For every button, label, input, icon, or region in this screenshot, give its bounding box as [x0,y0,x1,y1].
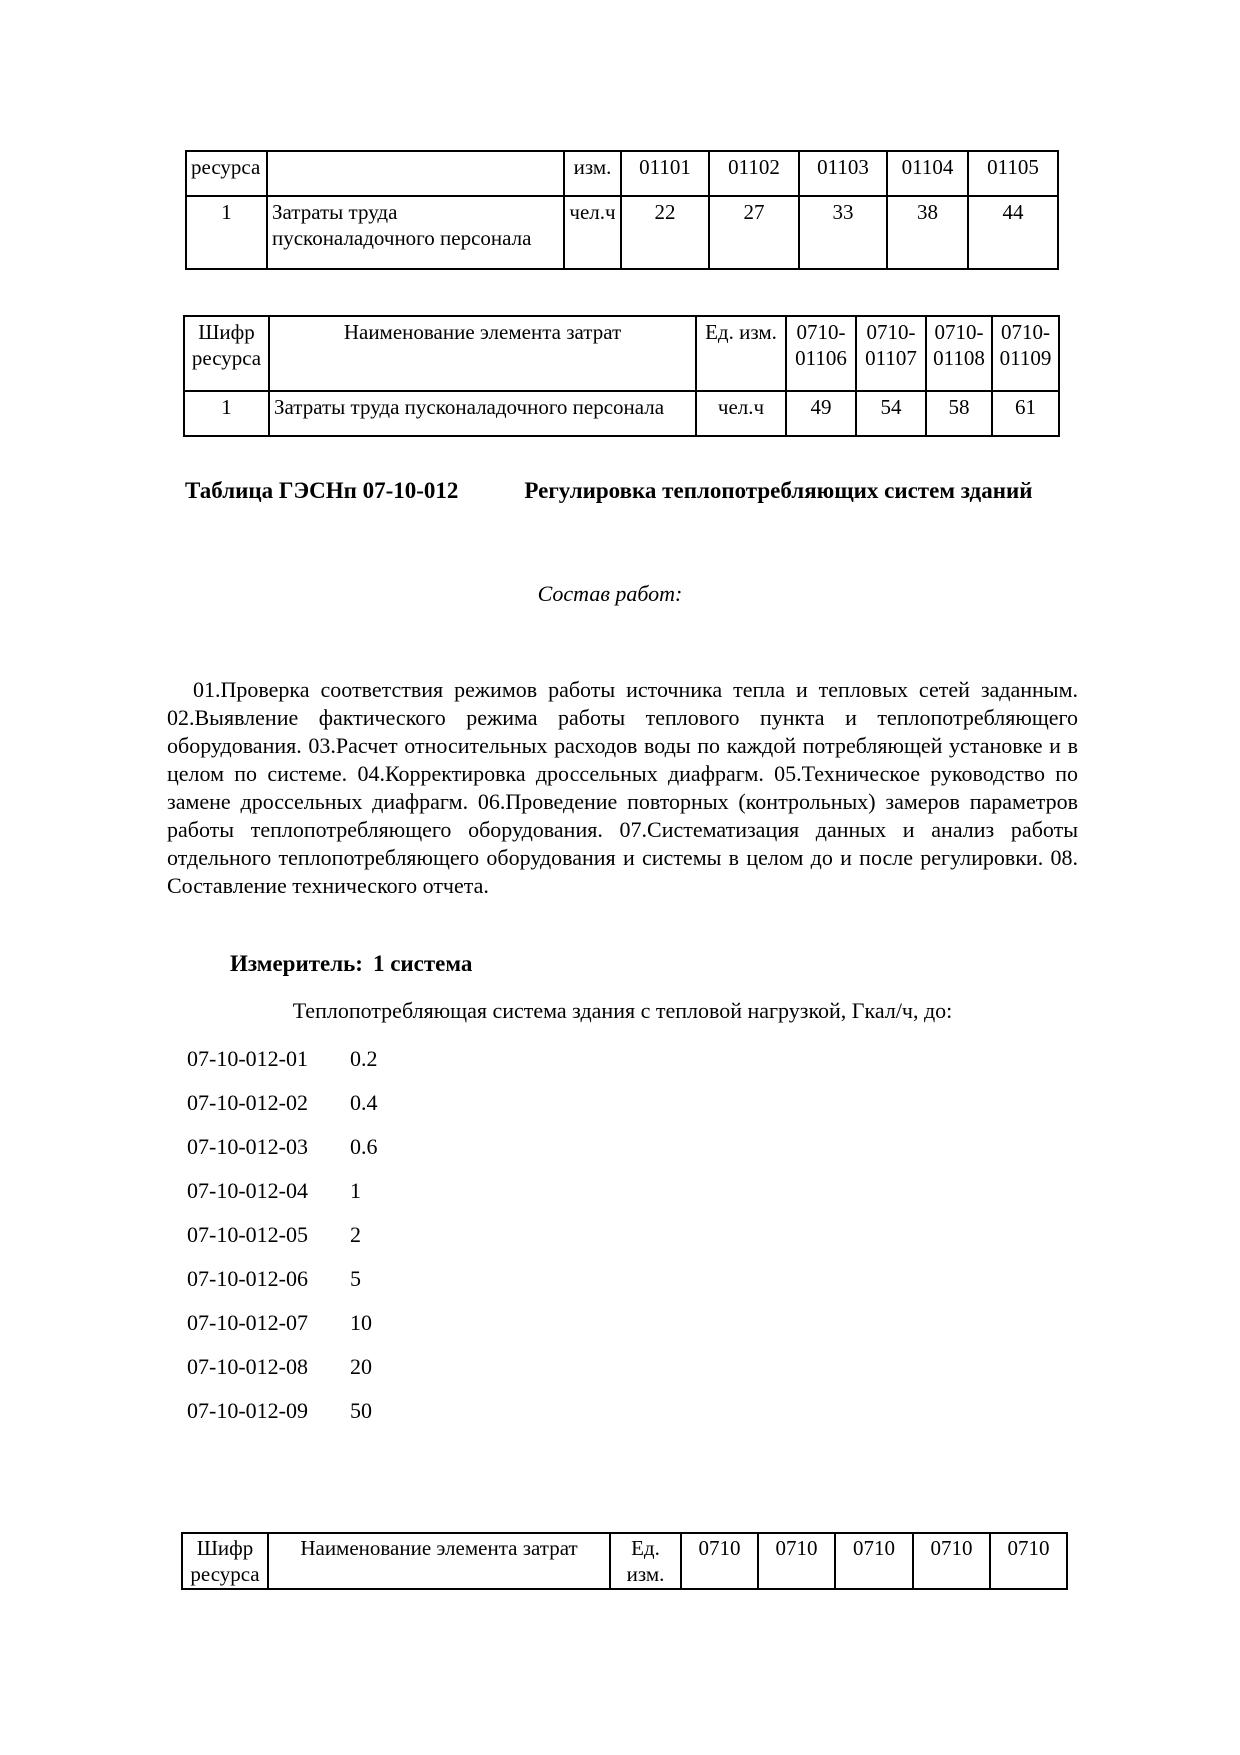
header-cell-code: 01103 [799,151,887,196]
cell-resource-number: 1 [186,196,267,269]
cell-value: 38 [887,196,968,269]
norm-code-row: 07-10-012-041 [187,1178,378,1222]
header-cell-code: 0710-01107 [856,316,926,391]
cell-value: 44 [968,196,1058,269]
header-cell-unit: Ед. изм. [610,1533,681,1589]
cell-unit: чел.ч [564,196,621,269]
norm-code-row: 07-10-012-0950 [187,1398,378,1442]
cost-table-continued: ресурса изм. 01101 01102 01103 01104 011… [185,150,1059,270]
header-cell-code: 01104 [887,151,968,196]
header-cell-code: 01102 [709,151,799,196]
cell-resource-number: 1 [184,391,269,436]
norm-value: 1 [350,1178,361,1203]
norm-code-row: 07-10-012-052 [187,1222,378,1266]
norm-value: 20 [350,1354,372,1379]
cell-value: 54 [856,391,926,436]
section-heading: Таблица ГЭСНп 07-10-012Регулировка тепло… [185,478,1032,504]
table-row: 1 Затраты труда пусконаладочного персона… [184,391,1059,436]
norm-code: 07-10-012-08 [187,1354,350,1380]
cost-table-01106-01109: Шифр ресурса Наименование элемента затра… [183,315,1060,437]
header-cell-resource: Шифр ресурса [182,1533,268,1589]
norm-code: 07-10-012-05 [187,1222,350,1248]
cell-value: 61 [992,391,1059,436]
norm-value: 2 [350,1222,361,1247]
norm-code: 07-10-012-01 [187,1046,350,1072]
works-composition-text: 01.Проверка соответствия режимов работы … [167,676,1078,900]
heat-load-caption: Теплопотребляющая система здания с тепло… [167,998,1078,1024]
norm-code: 07-10-012-09 [187,1398,350,1424]
norm-value: 0.4 [350,1090,378,1115]
header-cell-code: 01105 [968,151,1058,196]
header-cell-unit: Ед. изм. [696,316,786,391]
meter-label: Измеритель: [230,951,363,976]
document-page: ресурса изм. 01101 01102 01103 01104 011… [0,0,1240,1755]
cell-cost-name: Затраты труда пусконаладочного персонала [269,391,696,436]
header-cell-code: 0710 [681,1533,758,1589]
norm-code: 07-10-012-04 [187,1178,350,1204]
header-cell-name [267,151,564,196]
header-cell-resource: ресурса [186,151,267,196]
table-row: 1 Затраты труда пусконаладочного персона… [186,196,1058,269]
works-composition-caption: Состав работ: [185,581,1035,607]
cell-value: 33 [799,196,887,269]
meter-value: 1 система [373,951,472,976]
cell-value: 58 [926,391,992,436]
table-number: Таблица ГЭСНп 07-10-012 [185,478,458,503]
cell-unit: чел.ч [696,391,786,436]
header-cell-code: 0710 [835,1533,913,1589]
header-cell-code: 0710 [913,1533,990,1589]
header-cell-name: Наименование элемента затрат [269,316,696,391]
cell-value: 49 [786,391,856,436]
norm-value: 50 [350,1398,372,1423]
norm-code: 07-10-012-03 [187,1134,350,1160]
header-cell-resource: Шифр ресурса [184,316,269,391]
table-title: Регулировка теплопотребляющих систем зда… [524,478,1032,503]
norm-code: 07-10-012-06 [187,1266,350,1292]
norm-code: 07-10-012-07 [187,1310,350,1336]
header-cell-code: 0710 [758,1533,835,1589]
norm-code: 07-10-012-02 [187,1090,350,1116]
header-cell-name: Наименование элемента затрат [268,1533,610,1589]
cell-value: 22 [621,196,709,269]
header-cell-code: 0710-01106 [786,316,856,391]
norm-code-row: 07-10-012-030.6 [187,1134,378,1178]
norm-code-row: 07-10-012-0710 [187,1310,378,1354]
cell-value: 27 [709,196,799,269]
meter-line: Измеритель:1 система [230,951,472,977]
header-cell-code: 0710 [990,1533,1067,1589]
norm-code-row: 07-10-012-065 [187,1266,378,1310]
cell-cost-name: Затраты труда пусконаладочного персонала [267,196,564,269]
norm-code-list: 07-10-012-010.2 07-10-012-020.4 07-10-01… [187,1046,378,1442]
header-cell-code: 0710-01109 [992,316,1059,391]
header-cell-code: 0710-01108 [926,316,992,391]
cost-table-next-header: Шифр ресурса Наименование элемента затра… [181,1532,1068,1590]
norm-value: 0.6 [350,1134,378,1159]
norm-code-row: 07-10-012-0820 [187,1354,378,1398]
header-cell-unit: изм. [564,151,621,196]
table-header-row: ресурса изм. 01101 01102 01103 01104 011… [186,151,1058,196]
table-header-row: Шифр ресурса Наименование элемента затра… [182,1533,1067,1589]
norm-code-row: 07-10-012-010.2 [187,1046,378,1090]
norm-code-row: 07-10-012-020.4 [187,1090,378,1134]
norm-value: 10 [350,1310,372,1335]
norm-value: 5 [350,1266,361,1291]
header-cell-code: 01101 [621,151,709,196]
norm-value: 0.2 [350,1046,378,1071]
table-header-row: Шифр ресурса Наименование элемента затра… [184,316,1059,391]
